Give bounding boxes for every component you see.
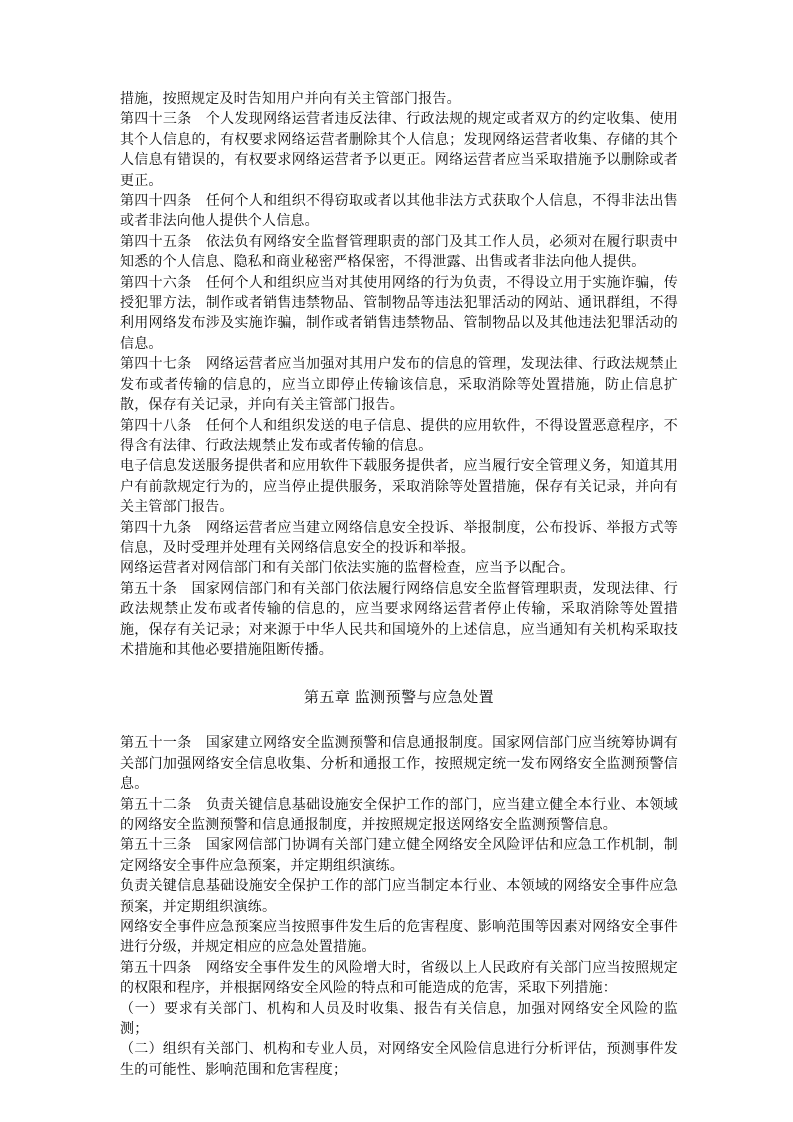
article-53-clause-2-paragraph: 负责关键信息基础设施安全保护工作的部门应当制定本行业、本领域的网络安全事件应急预… [120, 877, 678, 918]
document-body: 措施，按照规定及时告知用户并向有关主管部门报告。 第四十三条 个人发现网络运营者… [120, 90, 678, 1081]
article-49-clause-2-paragraph: 网络运营者对网信部门和有关部门依法实施的监督检查，应当予以配合。 [120, 559, 678, 579]
article-48-paragraph: 第四十八条 任何个人和组织发送的电子信息、提供的应用软件，不得设置恶意程序，不得… [120, 417, 678, 458]
chapter-5-heading: 第五章 监测预警与应急处置 [120, 688, 678, 708]
article-45-paragraph: 第四十五条 依法负有网络安全监督管理职责的部门及其工作人员，必须对在履行职责中知… [120, 233, 678, 274]
continuation-paragraph: 措施，按照规定及时告知用户并向有关主管部门报告。 [120, 90, 678, 110]
article-53-paragraph: 第五十三条 国家网信部门协调有关部门建立健全网络安全风险评估和应急工作机制，制定… [120, 836, 678, 877]
article-54-paragraph: 第五十四条 网络安全事件发生的风险增大时，省级以上人民政府有关部门应当按照规定的… [120, 959, 678, 1000]
article-52-paragraph: 第五十二条 负责关键信息基础设施安全保护工作的部门，应当建立健全本行业、本领域的… [120, 796, 678, 837]
article-53-clause-3-paragraph: 网络安全事件应急预案应当按照事件发生后的危害程度、影响范围等因素对网络安全事件进… [120, 918, 678, 959]
article-54-item-2-paragraph: （二）组织有关部门、机构和专业人员，对网络安全风险信息进行分析评估，预测事件发生… [120, 1040, 678, 1081]
article-49-paragraph: 第四十九条 网络运营者应当建立网络信息安全投诉、举报制度，公布投诉、举报方式等信… [120, 519, 678, 560]
article-54-item-1-paragraph: （一）要求有关部门、机构和人员及时收集、报告有关信息，加强对网络安全风险的监测； [120, 1000, 678, 1041]
article-48-clause-2-paragraph: 电子信息发送服务提供者和应用软件下载服务提供者，应当履行安全管理义务，知道其用户… [120, 457, 678, 518]
article-50-paragraph: 第五十条 国家网信部门和有关部门依法履行网络信息安全监督管理职责，发现法律、行政… [120, 580, 678, 662]
article-47-paragraph: 第四十七条 网络运营者应当加强对其用户发布的信息的管理，发现法律、行政法规禁止发… [120, 355, 678, 416]
article-43-paragraph: 第四十三条 个人发现网络运营者违反法律、行政法规的规定或者双方的约定收集、使用其… [120, 110, 678, 192]
article-51-paragraph: 第五十一条 国家建立网络安全监测预警和信息通报制度。国家网信部门应当统筹协调有关… [120, 734, 678, 795]
article-46-paragraph: 第四十六条 任何个人和组织应当对其使用网络的行为负责，不得设立用于实施诈骗，传授… [120, 274, 678, 356]
document-page: 措施，按照规定及时告知用户并向有关主管部门报告。 第四十三条 个人发现网络运营者… [0, 0, 793, 1122]
article-44-paragraph: 第四十四条 任何个人和组织不得窃取或者以其他非法方式获取个人信息，不得非法出售或… [120, 192, 678, 233]
